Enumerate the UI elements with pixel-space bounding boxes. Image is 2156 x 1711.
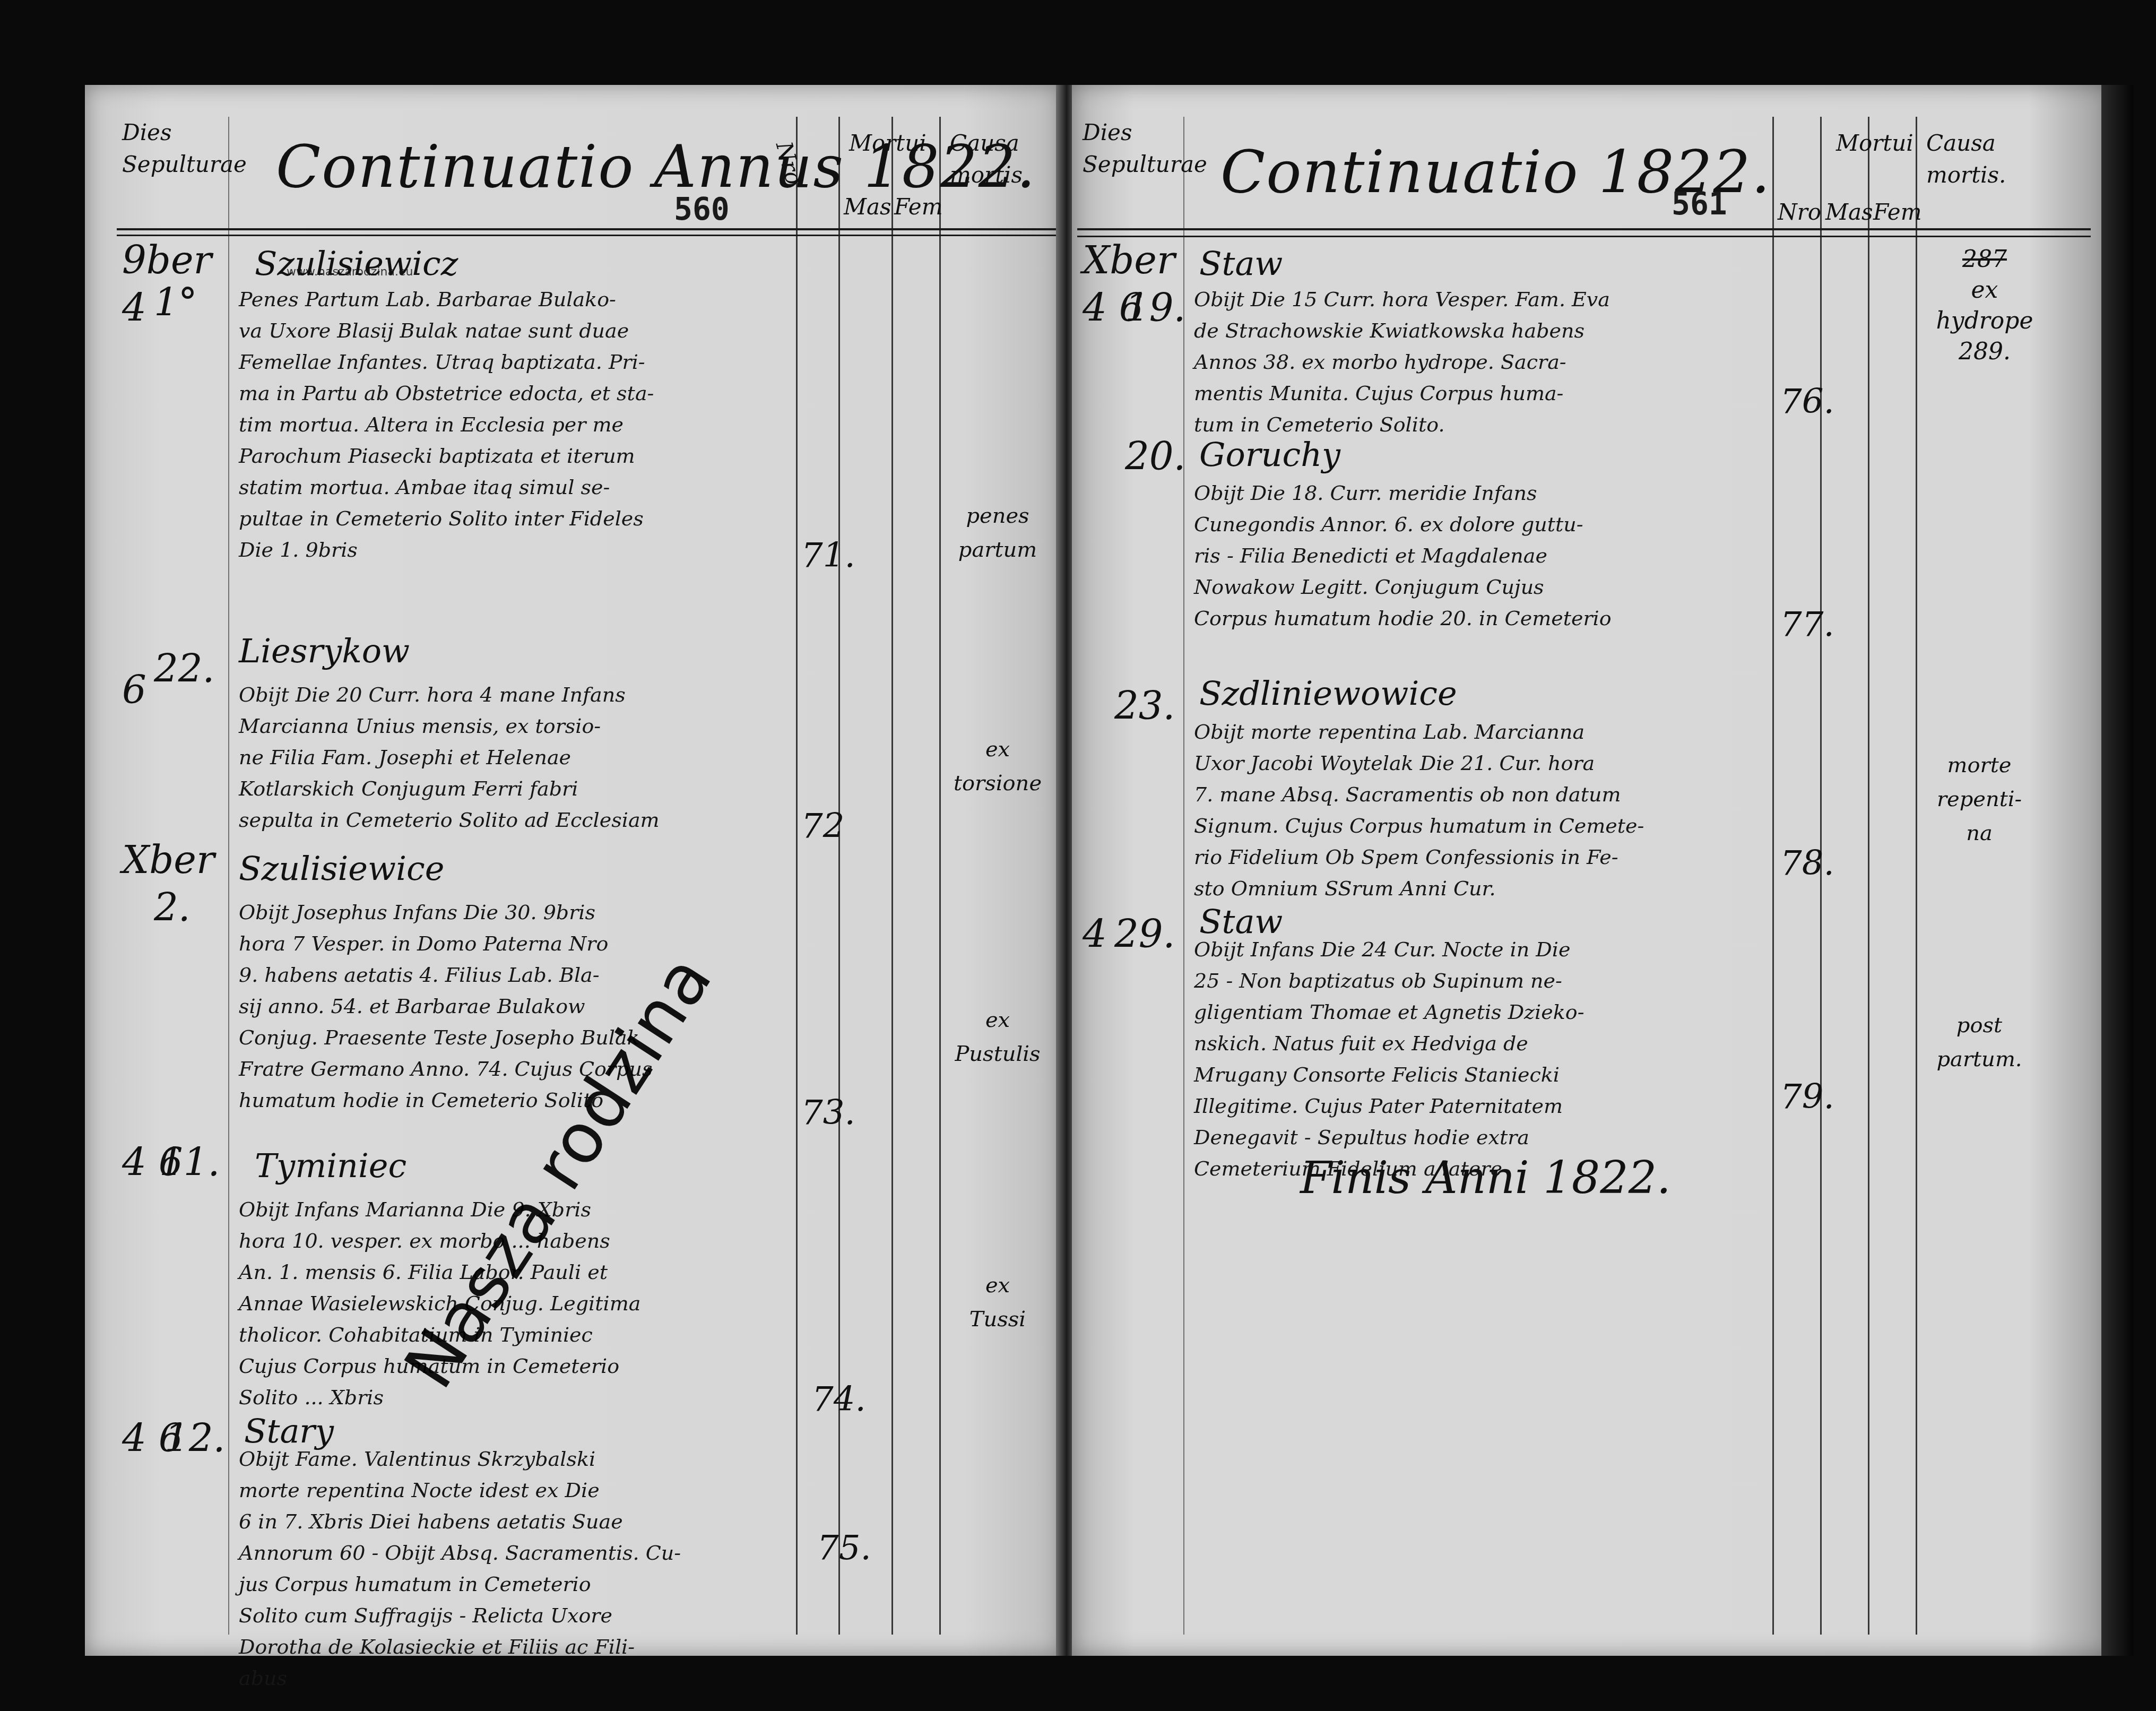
text-line: sij anno. 54. et Barbarae Bulakow: [239, 991, 652, 1022]
text-line: Femellae Infantes. Utraq baptizata. Pri-: [239, 347, 654, 378]
col-header-fem: Fem: [894, 191, 943, 223]
entry-weekday-mark: 4: [1083, 913, 1107, 955]
text-line: Denegavit - Sepultus hodie extra: [1194, 1122, 1584, 1153]
closing-note: Finis Anni 1822.: [1300, 1152, 1671, 1204]
text-line: Obijt Infans Die 24 Cur. Nocte in Die: [1194, 934, 1584, 965]
column-rule: [939, 117, 941, 1635]
entry-number: 73.: [801, 1093, 855, 1133]
entry-text: Obijt Die 15 Curr. hora Vesper. Fam. Eva…: [1194, 284, 1610, 440]
page-edge-shadow: [2101, 85, 2133, 1656]
entry-place: Szulisiewice: [239, 849, 444, 888]
header-rule: [1077, 236, 2091, 237]
entry-day: 2.: [154, 886, 191, 929]
cause-line: na: [1926, 816, 2032, 850]
entry-place: Szulisiewicz: [255, 244, 458, 283]
text-line: Annorum 60 - Obijt Absq. Sacramentis. Cu…: [239, 1537, 681, 1569]
text-line: Dorotha de Kolasieckie et Filiis ac Fili…: [239, 1631, 681, 1663]
text-line: Parochum Piasecki baptizata et iterum: [239, 440, 654, 472]
text-line: sto Omnium SSrum Anni Cur.: [1194, 873, 1644, 904]
text-line: Annos 38. ex morbo hydrope. Sacra-: [1194, 347, 1610, 378]
entry-number: 78.: [1780, 844, 1834, 883]
entry-place: Tyminiec: [255, 1146, 406, 1185]
entry-text: Obijt Die 20 Curr. hora 4 mane Infans Ma…: [239, 679, 660, 836]
col-header-mas: Mas: [1825, 196, 1873, 228]
text-line: Kotlarskich Conjugum Ferri fabri: [239, 773, 660, 805]
entry-weekday-mark: 6: [122, 669, 146, 711]
column-rule: [796, 117, 798, 1635]
cause-line: penes: [945, 499, 1051, 533]
tally-line: ex: [1932, 275, 2038, 306]
header-rule: [1077, 228, 2091, 230]
page-number: 560: [674, 191, 730, 227]
text-line: va Uxore Blasij Bulak natae sunt duae: [239, 315, 654, 347]
column-rule: [1183, 117, 1184, 1635]
column-rule: [1772, 117, 1774, 1635]
entry-month: Xber: [1083, 239, 1175, 281]
column-rule: [891, 117, 893, 1635]
entry-place: Szdliniewowice: [1199, 674, 1457, 713]
text-line: Mrugany Consorte Felicis Staniecki: [1194, 1059, 1584, 1091]
cause-line: ex: [945, 1003, 1051, 1037]
text-line: Cunegondis Annor. 6. ex dolore guttu-: [1194, 509, 1612, 540]
entry-number: 76.: [1780, 382, 1834, 421]
text-line: Obijt Die 18. Curr. meridie Infans: [1194, 478, 1612, 509]
entry-day: 12.: [164, 1417, 226, 1459]
entry-cause: ex Pustulis: [945, 1003, 1051, 1071]
text-line: jus Corpus humatum in Cemeterio: [239, 1569, 681, 1600]
text-line: Die 1. 9bris: [239, 534, 654, 566]
text-line: 9. habens aetatis 4. Filius Lab. Bla-: [239, 960, 652, 991]
col-header-mortui: Mortui: [1836, 127, 1913, 159]
text-line: de Strachowskie Kwiatkowska habens: [1194, 315, 1610, 347]
entry-number: 74.: [812, 1380, 866, 1419]
entry-cause: penes partum: [945, 499, 1051, 567]
entry-number: 79.: [1780, 1077, 1834, 1117]
text-line: morte repentina Nocte idest ex Die: [239, 1475, 681, 1506]
entry-cause: morte repenti- na: [1926, 748, 2032, 850]
cause-line: Tussi: [945, 1302, 1051, 1336]
cause-line: repenti-: [1926, 782, 2032, 816]
entry-place: Staw: [1199, 244, 1283, 283]
text-line: Illegitime. Cujus Pater Paternitatem: [1194, 1091, 1584, 1122]
text-line: abus: [239, 1663, 681, 1694]
tally-struck: 287: [1932, 244, 2038, 275]
entry-day: 23.: [1114, 685, 1175, 727]
running-tally: 287 ex hydrope 289.: [1932, 244, 2038, 367]
text-line: 7. mane Absq. Sacramentis ob non datum: [1194, 779, 1644, 810]
text-line: mentis Munita. Cujus Corpus huma-: [1194, 378, 1610, 409]
column-rule: [1916, 117, 1917, 1635]
entry-cause: ex torsione: [945, 732, 1051, 800]
col-header-causa: Causa mortis.: [1926, 127, 2027, 191]
col-header-mas: Mas: [844, 191, 891, 223]
text-line: Nowakow Legitt. Conjugum Cujus: [1194, 572, 1612, 603]
cause-line: morte: [1926, 748, 2032, 782]
right-page: Dies Sepulturae Continuatio 1822. 561 Nr…: [1072, 85, 2112, 1656]
tally-total: 289.: [1932, 336, 2038, 367]
entry-number: 71.: [801, 536, 855, 575]
text-line: 25 - Non baptizatus ob Supinum ne-: [1194, 965, 1584, 997]
cause-line: torsione: [945, 766, 1051, 800]
text-line: Solito cum Suffragijs - Relicta Uxore: [239, 1600, 681, 1631]
text-line: ris - Filia Benedicti et Magdalenae: [1194, 540, 1612, 572]
entry-number: 77.: [1780, 605, 1834, 644]
col-header-date: Dies Sepulturae: [122, 117, 223, 180]
entry-text: Obijt Fame. Valentinus Skrzybalski morte…: [239, 1444, 681, 1694]
text-line: nskich. Natus fuit ex Hedviga de: [1194, 1028, 1584, 1059]
entry-day: 11.: [159, 1141, 220, 1183]
entry-number: 75.: [817, 1528, 871, 1568]
entry-number: 72: [801, 807, 844, 846]
text-line: tim mortua. Altera in Ecclesia per me: [239, 409, 654, 440]
entry-weekday-mark: 4: [122, 287, 146, 329]
cause-line: ex: [945, 1268, 1051, 1302]
entry-month: Xber: [122, 839, 214, 881]
col-header-causa: Causa mortis: [950, 127, 1045, 191]
text-line: Obijt morte repentina Lab. Marcianna: [1194, 716, 1644, 748]
text-line: Corpus humatum hodie 20. in Cemeterio: [1194, 603, 1612, 634]
col-header-number: Nro: [1778, 196, 1821, 228]
text-line: 6 in 7. Xbris Diei habens aetatis Suae: [239, 1506, 681, 1537]
entry-text: Obijt morte repentina Lab. Marcianna Uxo…: [1194, 716, 1644, 904]
text-line: Obijt Fame. Valentinus Skrzybalski: [239, 1444, 681, 1475]
cause-line: post: [1926, 1008, 2032, 1042]
col-header-date: Dies Sepulturae: [1083, 117, 1183, 180]
cause-line: partum.: [1926, 1042, 2032, 1076]
cause-line: Pustulis: [945, 1037, 1051, 1071]
text-line: Uxor Jacobi Woytelak Die 21. Cur. hora: [1194, 748, 1644, 779]
entry-day: 1°: [154, 281, 197, 324]
text-line: Obijt Josephus Infans Die 30. 9bris: [239, 897, 652, 928]
text-line: rio Fidelium Ob Spem Confessionis in Fe-: [1194, 842, 1644, 873]
text-line: Penes Partum Lab. Barbarae Bulako-: [239, 284, 654, 315]
text-line: ne Filia Fam. Josephi et Helenae: [239, 742, 660, 773]
cause-line: partum: [945, 533, 1051, 567]
page-number: 561: [1672, 186, 1727, 222]
text-line: statim mortua. Ambae itaq simul se-: [239, 472, 654, 503]
text-line: sepulta in Cemeterio Solito ad Ecclesiam: [239, 805, 660, 836]
entry-place: Goruchy: [1199, 435, 1340, 474]
entry-day: 22.: [154, 647, 215, 690]
text-line: Obijt Die 20 Curr. hora 4 mane Infans: [239, 679, 660, 711]
entry-cause: post partum.: [1926, 1008, 2032, 1076]
header-rule: [117, 228, 1056, 230]
text-line: Marcianna Unius mensis, ex torsio-: [239, 711, 660, 742]
register-spread: Dies Sepulturae Continuatio Annus 1822. …: [85, 85, 2128, 1656]
entry-day: 19.: [1125, 287, 1186, 329]
entry-day: 29.: [1114, 913, 1175, 955]
col-header-mortui: Mortui: [849, 127, 927, 159]
column-rule: [228, 117, 229, 1635]
entry-month: 9ber: [122, 239, 212, 281]
text-line: Signum. Cujus Corpus humatum in Cemete-: [1194, 810, 1644, 842]
text-line: Obijt Die 15 Curr. hora Vesper. Fam. Eva: [1194, 284, 1610, 315]
column-rule: [1868, 117, 1869, 1635]
left-page: Dies Sepulturae Continuatio Annus 1822. …: [85, 85, 1061, 1656]
text-line: ma in Partu ab Obstetrice edocta, et sta…: [239, 378, 654, 409]
cause-line: ex: [945, 732, 1051, 766]
entry-text: Obijt Infans Die 24 Cur. Nocte in Die 25…: [1194, 934, 1584, 1185]
entry-cause: ex Tussi: [945, 1268, 1051, 1336]
tally-line: hydrope: [1932, 306, 2038, 336]
text-line: hora 10. vesper. ex morbo ... habens: [239, 1225, 640, 1257]
text-line: gligentiam Thomae et Agnetis Dzieko-: [1194, 997, 1584, 1028]
entry-place: Liesrykow: [239, 632, 410, 670]
col-header-fem: Fem: [1873, 196, 1922, 228]
header-rule: [117, 235, 1056, 236]
entry-text: Penes Partum Lab. Barbarae Bulako- va Ux…: [239, 284, 654, 566]
text-line: hora 7 Vesper. in Domo Paterna Nro: [239, 928, 652, 960]
entry-day: 20.: [1125, 435, 1186, 478]
text-line: pultae in Cemeterio Solito inter Fideles: [239, 503, 654, 534]
entry-text: Obijt Die 18. Curr. meridie Infans Cuneg…: [1194, 478, 1612, 634]
